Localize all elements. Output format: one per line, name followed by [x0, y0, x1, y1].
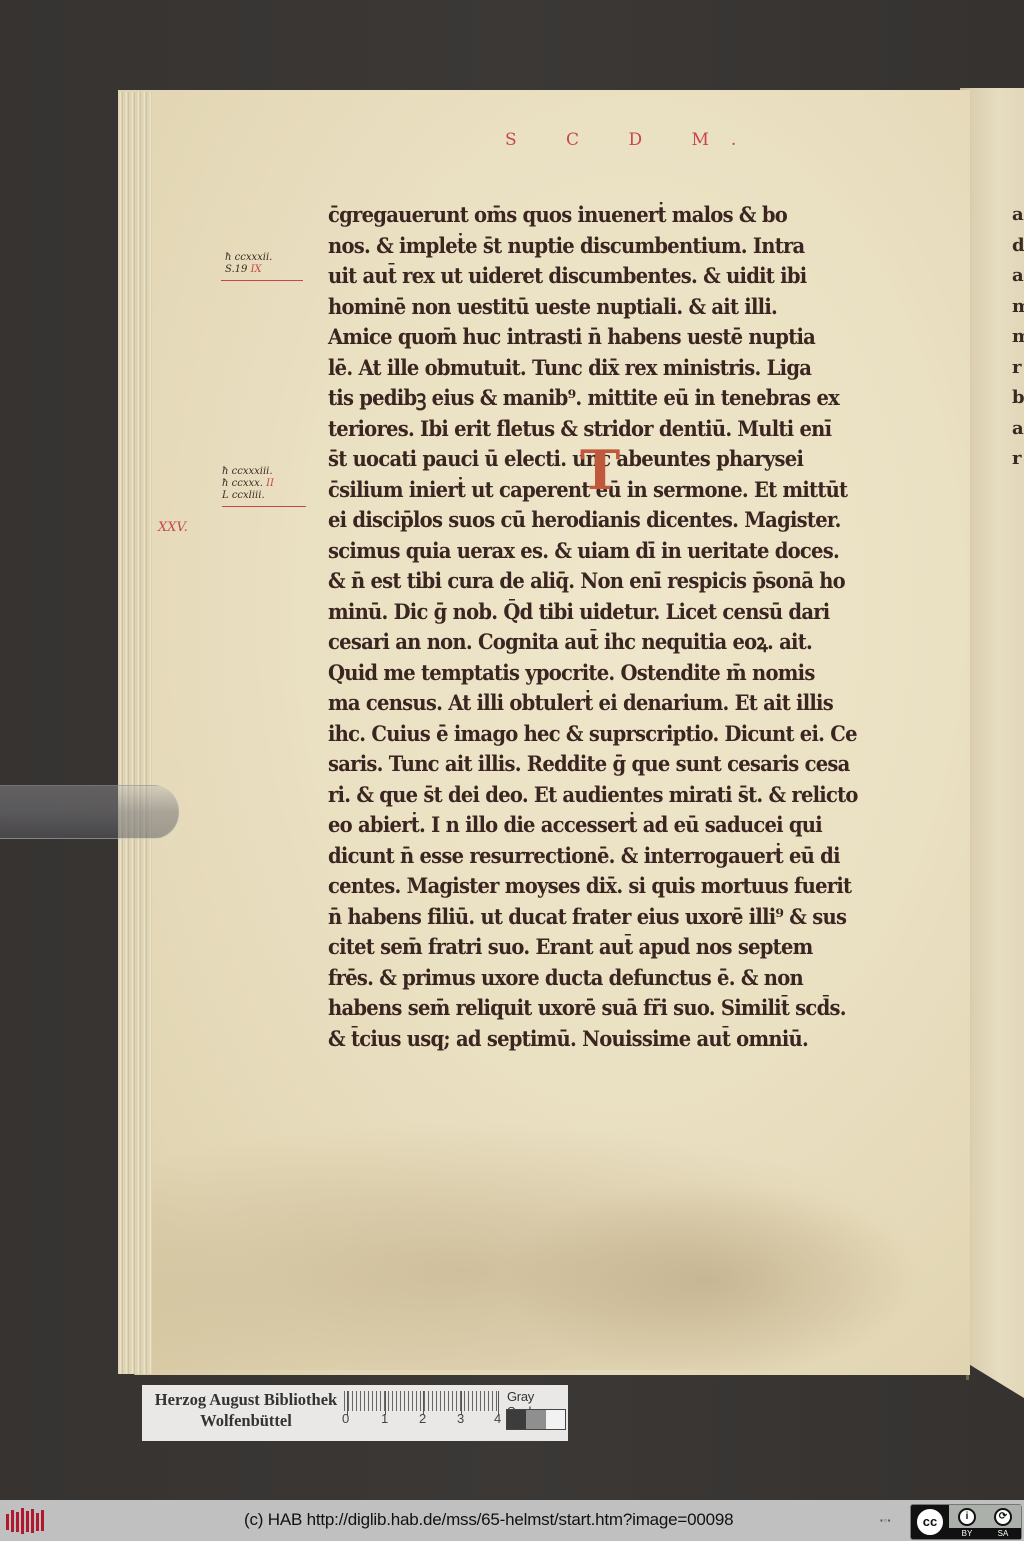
text-line: & t̄cius usq; ad septimū. Nouissime aut̄…	[328, 1024, 867, 1055]
measurement-ruler	[344, 1391, 500, 1411]
text-line: lē. At ille obmutuit. Tunc dix̄ rex mini…	[328, 353, 867, 384]
marginal-red-rule	[222, 506, 306, 507]
text-line: saris. Tunc ait illis. Reddite ḡ que sun…	[328, 749, 867, 780]
text-line: habens sem̄ reliquit uxorē suā fr̄i suo.…	[328, 993, 867, 1024]
marginal-note-line: ħ ccxxxiii.	[222, 466, 306, 478]
footer-bar: (c) HAB http://diglib.hab.de/mss/65-helm…	[0, 1500, 1024, 1541]
text-line: minū. Dic ḡ nob. Q̄d tibi uidetur. Licet…	[328, 597, 867, 628]
text-line: Quid me temptatis ypocrite. Ostendite m̄…	[328, 658, 867, 689]
marginal-note: ħ ccxxxiii. ħ ccxxx. II L ccxliii.	[222, 466, 306, 507]
cc-by-sa-license-badge[interactable]: cc i ⟳ BY SA	[910, 1504, 1022, 1540]
text-line: n̄ habens filiū. ut ducat frater eius ux…	[328, 902, 867, 933]
text-line: & n̄ est tibi cura de aliq̄. Non enī res…	[328, 566, 867, 597]
gray-swatch-light	[546, 1410, 565, 1429]
hab-logo-icon	[4, 1508, 44, 1534]
running-header: S C D M.	[505, 130, 758, 150]
marginal-note-line: ħ ccxxx.	[222, 478, 263, 489]
institution-line: Wolfenbüttel	[148, 1410, 344, 1431]
text-line: citet sem̄ fratri suo. Erant aut̄ apud n…	[328, 932, 867, 963]
text-line: centes. Magister moyses dix̄. si quis mo…	[328, 871, 867, 902]
cc-icon: cc	[915, 1507, 945, 1537]
by-label: BY	[949, 1528, 985, 1539]
institution-name: Herzog August Bibliothek Wolfenbüttel	[148, 1389, 344, 1431]
ruler-label: 2	[419, 1411, 426, 1426]
text-line: ri. & que s̄t dei deo. Et audientes mira…	[328, 780, 867, 811]
text-line: scimus quia uerax es. & uiam dī in uerit…	[328, 536, 867, 567]
text-line: dicunt n̄ esse resurrectionē. & interrog…	[328, 841, 867, 872]
text-line: tis pedibꝫ eius & manib⁹. mittite eū in …	[328, 383, 867, 414]
text-line: uit aut̄ rex ut uideret discumbentes. & …	[328, 261, 867, 292]
facing-page-text-fragment: adammrbar	[1012, 200, 1024, 475]
marginal-red-mark: II	[266, 478, 274, 489]
attribution-icon: i	[958, 1508, 976, 1526]
text-line: eo abierṫ. I n illo die accesserṫ ad eū …	[328, 810, 867, 841]
institution-line: Herzog August Bibliothek	[148, 1389, 344, 1410]
manuscript-text-block: c̄gregauerunt om̄s quos inuenerṫ malos &…	[328, 200, 908, 1054]
text-line: hominē non uestitū ueste nuptiali. & ait…	[328, 292, 867, 323]
text-line: ei discip̄los suos cū herodianis dicente…	[328, 505, 867, 536]
text-line: nos. & impleṫe s̄t nuptie discumbentium.…	[328, 231, 867, 262]
ruler-label: 1	[381, 1411, 388, 1426]
ruler-label: 0	[342, 1411, 349, 1426]
ruler-label: 3	[457, 1411, 464, 1426]
marginal-note: ħ ccxxxii. S.19 IX	[225, 252, 303, 281]
gray-scale-swatches	[506, 1409, 566, 1430]
text-line: ma census. At illi obtulerṫ ei denarium.…	[328, 688, 867, 719]
text-line: Amice quom̄ huc intrasti n̄ habens uestē…	[328, 322, 867, 353]
page-stain	[500, 1180, 920, 1380]
footer-dots: ▪▫▪	[880, 1516, 892, 1525]
ruler-label: 4	[494, 1411, 501, 1426]
decorated-initial: T	[580, 443, 620, 497]
gray-swatch-mid	[526, 1410, 545, 1429]
sa-label: SA	[985, 1528, 1021, 1539]
license-strip: i ⟳ BY SA	[949, 1505, 1021, 1539]
text-line: ihc. Cuius ē imago hec & suprscriptio. D…	[328, 719, 867, 750]
page-edges	[118, 92, 152, 1374]
share-alike-icon: ⟳	[994, 1508, 1012, 1526]
text-line: cesari an non. Cognita aut̄ ihc nequitia…	[328, 627, 867, 658]
marginal-red-rule	[221, 280, 303, 281]
calibration-card: Herzog August Bibliothek Wolfenbüttel 0 …	[142, 1385, 568, 1441]
marginal-red-mark: IX	[251, 264, 262, 275]
gray-swatch-dark	[507, 1410, 526, 1429]
bookmark-strip	[0, 785, 179, 839]
text-line: c̄gregauerunt om̄s quos inuenerṫ malos &…	[328, 200, 867, 231]
marginal-note-line: ħ ccxxxii.	[225, 252, 303, 264]
copyright-link[interactable]: (c) HAB http://diglib.hab.de/mss/65-helm…	[244, 1510, 733, 1530]
marginal-note-line: L ccxliii.	[222, 490, 306, 502]
marginal-note-line: S.19	[225, 264, 247, 275]
text-line: frēs. & primus uxore ducta defunctus ē. …	[328, 963, 867, 994]
section-number: XXV.	[158, 520, 188, 535]
